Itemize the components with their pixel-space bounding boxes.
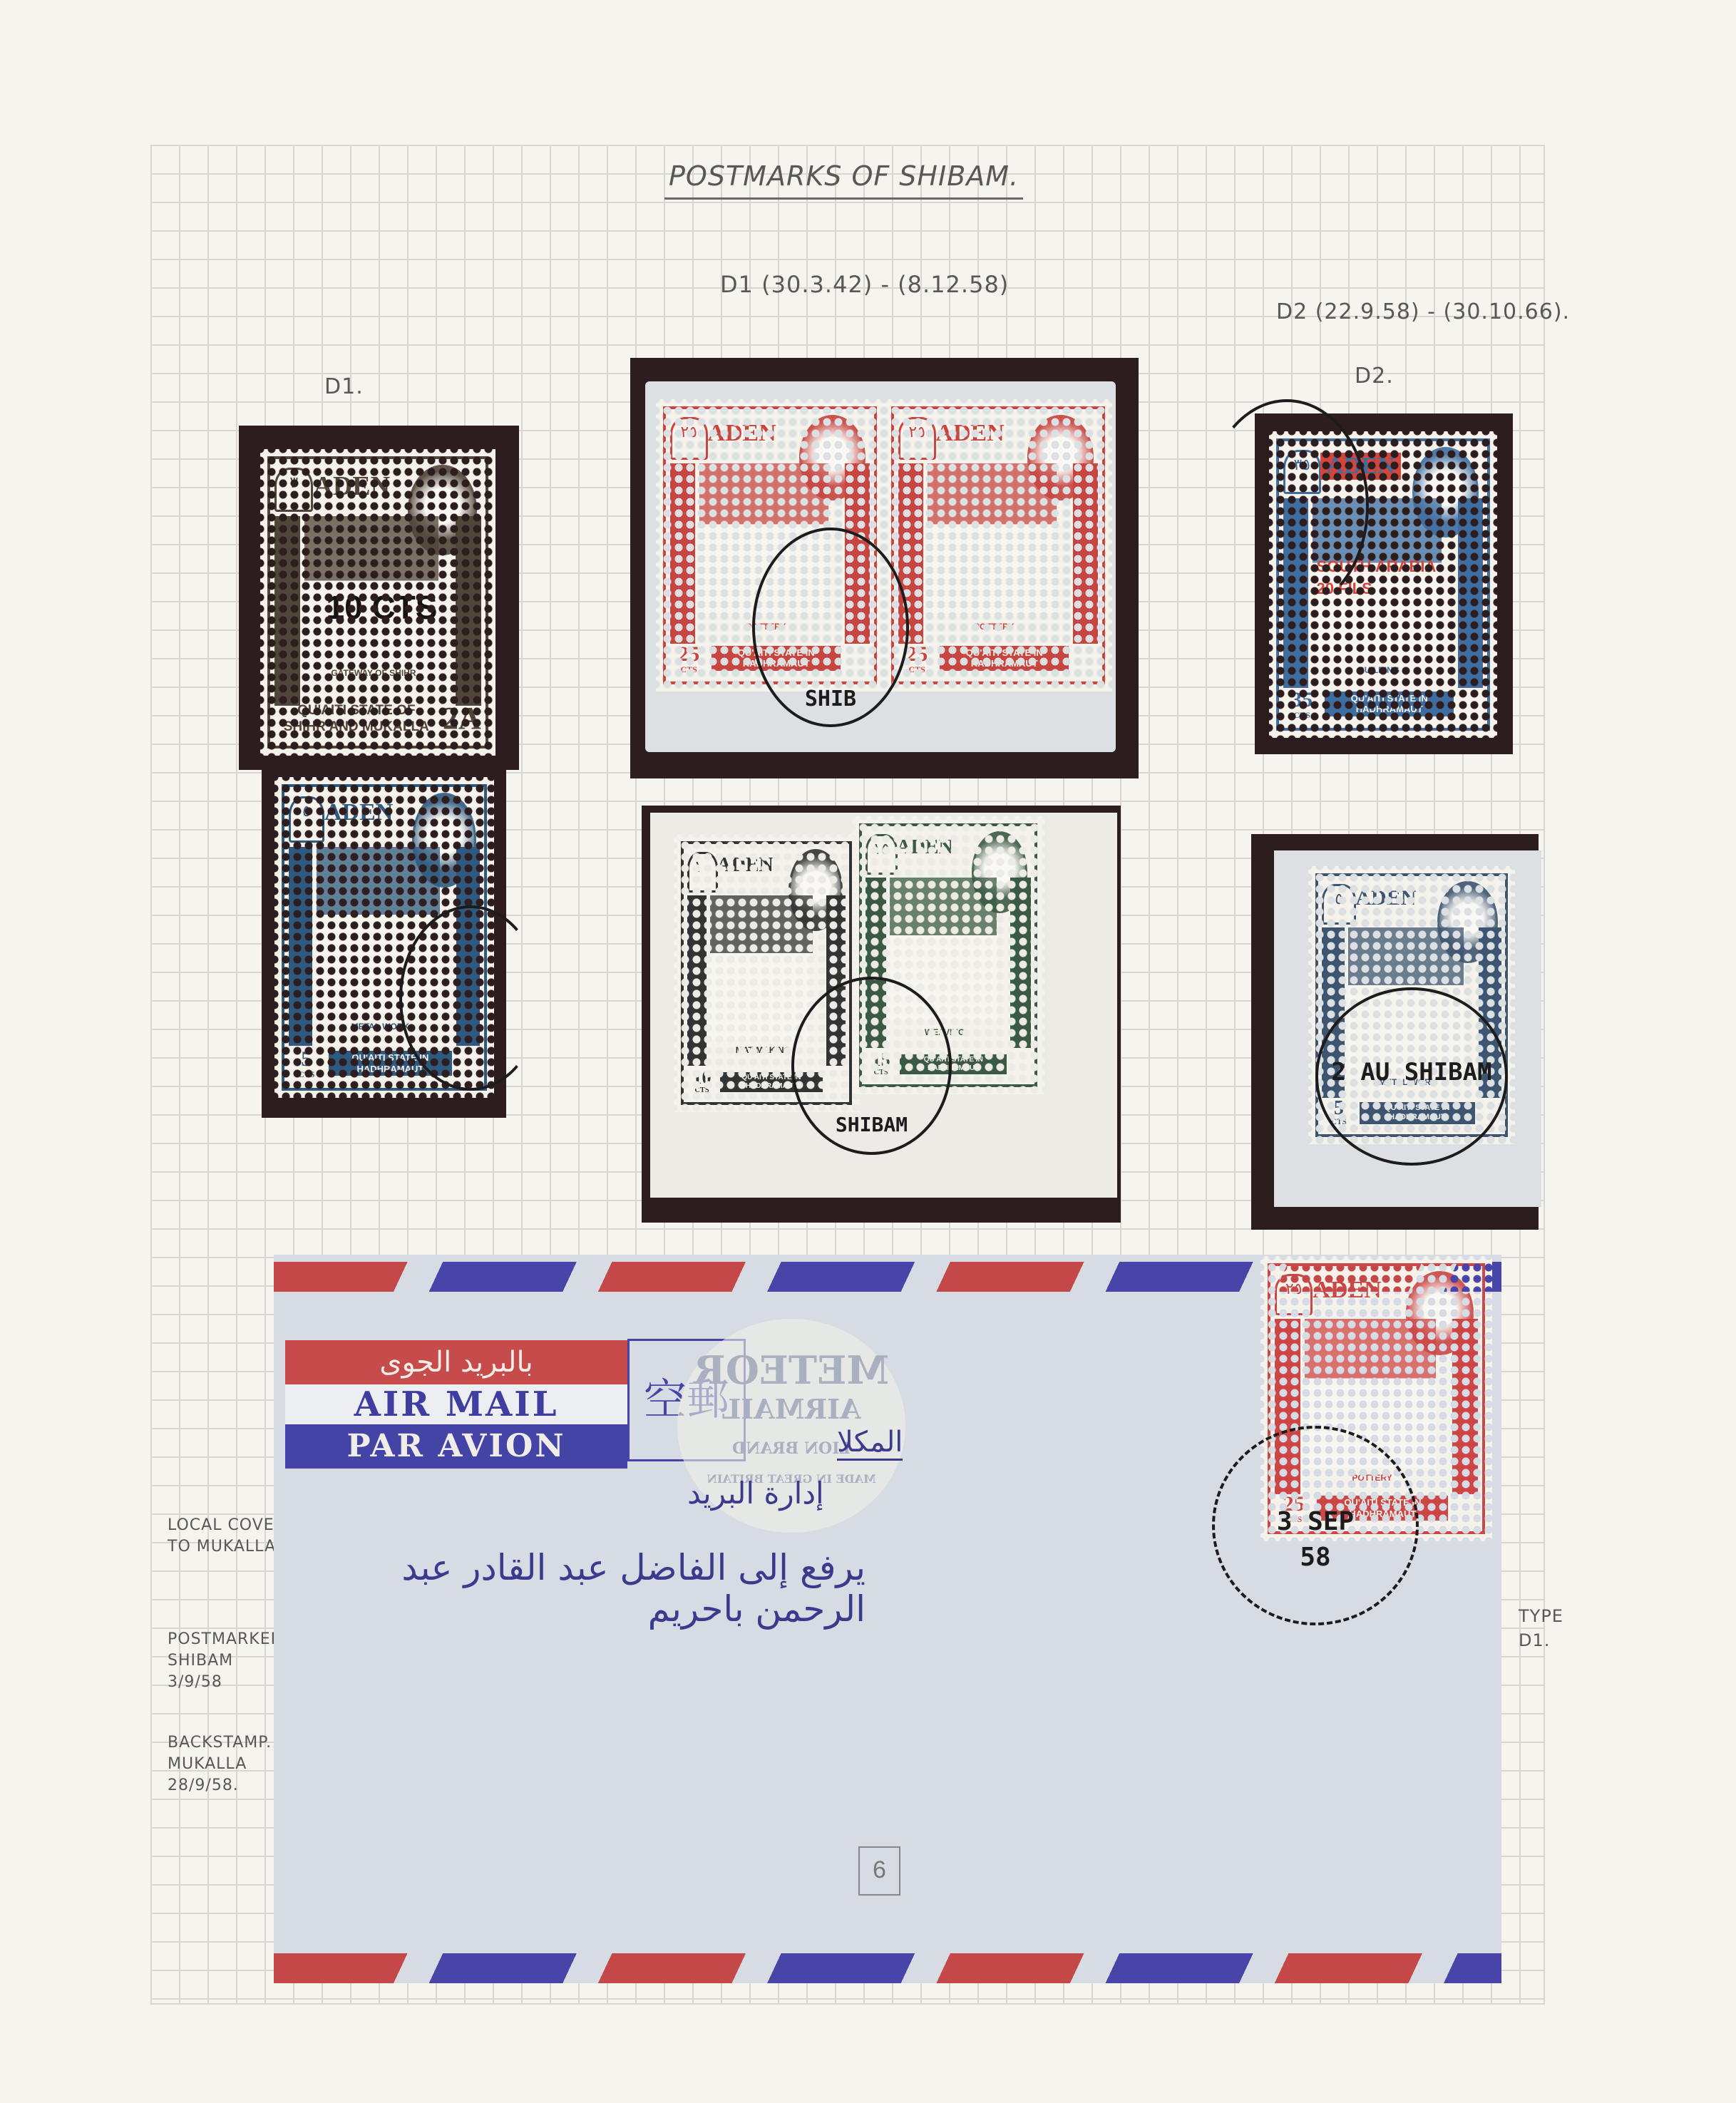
par-avion-label: PAR AVION	[285, 1424, 627, 1469]
arabic-border-left	[687, 895, 707, 1066]
arabic-value: ٥	[289, 796, 325, 843]
stamp-state: QU'AITI STATE IN HADHRAMAUT	[940, 646, 1069, 671]
stamp-country: ADEN	[324, 799, 393, 826]
arabic-value: ٢٥	[670, 417, 708, 459]
side-note-postmarked: POSTMARKED SHIBAM 3/9/58	[168, 1629, 289, 1693]
arabic-border-left	[670, 463, 695, 643]
surcharge-overprint: 10 CTS	[327, 588, 438, 627]
airmail-stripes-bottom	[274, 1953, 1501, 1983]
note-d2-date-range: D2 (22.9.58) - (30.10.66).	[1276, 299, 1570, 324]
stamp-vignette	[928, 463, 1057, 616]
arabic-border-right	[1458, 498, 1483, 687]
arabic-value: ٢٥	[1275, 1274, 1313, 1315]
note-d1-label: D1.	[324, 374, 364, 399]
page-title: POSTMARKS OF SHIBAM.	[664, 160, 1023, 200]
stamp-value: 10CTS	[687, 1069, 717, 1094]
stamp-country: ADEN	[1355, 886, 1416, 910]
stamp-caption: BUILDING	[1317, 665, 1442, 675]
address-line-3: يرفع إلى الفاضل عبد القادر عبد الرحمن با…	[295, 1547, 866, 1630]
arabic-border-left	[274, 516, 300, 705]
stamp-state: QU'AITI STATE OF SHIHR AND MUKALLA	[283, 701, 429, 737]
side-note-backstamp: BACKSTAMP. MUKALLA 28/9/58.	[168, 1732, 289, 1796]
address-line-2: إدارة البريد	[687, 1476, 824, 1511]
airmail-label: بالبريد الجوى AIR MAIL PAR AVION	[285, 1340, 627, 1469]
arabic-value: ١٠	[687, 852, 718, 893]
stamp-country: ADEN	[707, 420, 776, 447]
stamp-country: ADEN	[313, 471, 390, 502]
stamp-value: 35CTS	[1283, 689, 1321, 719]
stamp-vignette	[710, 895, 813, 1040]
stamp-country: ADEN	[935, 420, 1004, 447]
postmark-shibam-d1: SHIBAM	[791, 977, 952, 1155]
pencil-number-box: 6	[858, 1846, 900, 1896]
stamp-country: ADEN	[1313, 1277, 1381, 1304]
air-mail-label: AIR MAIL	[285, 1384, 627, 1424]
arabic-value: ١٥	[866, 834, 898, 875]
note-d2-label: D2.	[1355, 364, 1394, 389]
arabic-value: ٣	[274, 468, 313, 512]
arabic-value: ٢٥	[898, 417, 936, 459]
arabic-border-right	[456, 516, 481, 705]
stamp-gateway-2a[interactable]: ٣ ADEN GATEWAY OF SHIHR 10 CTS 2A QU'AIT…	[260, 449, 495, 756]
postmark-shibam-d1: SHIB	[752, 528, 909, 727]
arabic-border-right	[1452, 1319, 1478, 1494]
address-line-1: المكلا	[837, 1426, 903, 1461]
stamp-caption: GATEWAY OF SHIHR	[309, 668, 438, 678]
stamp-pottery-25-right[interactable]: ٢٥ ADEN POTTERY 25CTS QU'AITI STATE IN H…	[884, 399, 1112, 691]
stamp-caption: POTTERY	[932, 622, 1057, 632]
stamp-country: ADEN	[896, 836, 952, 859]
type-d1-note: TYPE D1.	[1519, 1604, 1576, 1652]
stamp-value: 5CTS	[289, 1049, 324, 1079]
stamp-value: 25CTS	[670, 644, 708, 674]
stamp-value: 2A	[443, 703, 481, 734]
cover-postmark-shibam: 3 SEP 58	[1212, 1426, 1419, 1625]
stamp-country: ADEN	[717, 854, 773, 877]
postmark-shibam-d2	[1205, 399, 1369, 613]
arabic-border-right	[1073, 463, 1098, 643]
airmail-arabic-label: بالبريد الجوى	[285, 1340, 627, 1384]
postmark-partial	[399, 905, 542, 1091]
arabic-value: ٥	[1322, 884, 1356, 925]
postmark-shibam-d2: 2 AU SHIBAM	[1315, 987, 1508, 1166]
note-d1-date-range: D1 (30.3.42) - (8.12.58)	[720, 271, 1009, 298]
stamp-state: QU'AITI STATE IN HADHRAMAUT	[1325, 691, 1454, 716]
arabic-border-right	[1010, 878, 1031, 1048]
arabic-border-left	[289, 847, 313, 1046]
side-note-local-cover: LOCAL COVER TO MUKALLA	[168, 1515, 289, 1558]
